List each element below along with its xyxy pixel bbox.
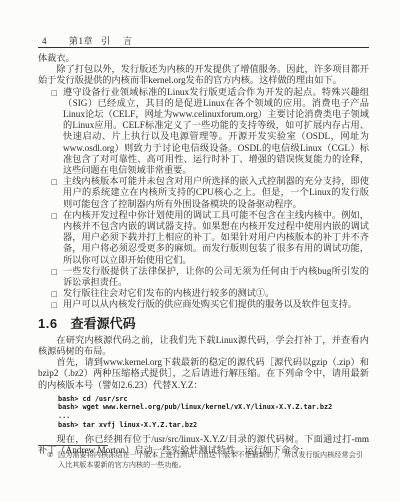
page-body: 体裁衣。 除了打包以外，发行版还为内核的开发提供了增值服务。因此，许多项目都开始… bbox=[38, 53, 369, 457]
code-line: bash> cd /usr/src bbox=[58, 395, 369, 404]
chapter-title: 引 言 bbox=[101, 36, 134, 46]
book-page: 4第1章引 言 体裁衣。 除了打包以外，发行版还为内核的开发提供了增值服务。因此… bbox=[0, 0, 400, 502]
shell-code-block: bash> cd /usr/srcbash> wget www.kernel.o… bbox=[58, 395, 369, 429]
list-item: □用户可以从内核发行版的供应商处购买它们提供的服务以及软件包支持。 bbox=[38, 299, 369, 310]
footnote: ①因为需要将内核冻结在一个版本上进行测试（而这个版本不是最新的），所以发行版内核… bbox=[47, 451, 363, 470]
code-line: bash> wget www.kernel.org/pub/linux/kern… bbox=[58, 403, 369, 412]
list-item-text: 遵守设备行业领域标准的Linux发行版更适合作为开发的起点。特殊兴趣组（SIG）… bbox=[63, 87, 369, 175]
chapter-label: 第1章 bbox=[69, 36, 93, 46]
paragraph-intro: 除了打包以外，发行版还为内核的开发提供了增值服务。因此，许多项目都开始于发行版提… bbox=[38, 64, 369, 86]
list-item: □主线内核版本可能并未包含对用户所选择的嵌入式控制器的充分支持，即使用户的系统建… bbox=[38, 176, 369, 210]
list-item-text: 在内核开发过程中你计划使用的调试工具可能不包含在主线内核中。例如，内核并不包含内… bbox=[63, 210, 369, 265]
bullet-list: □遵守设备行业领域标准的Linux发行版更适合作为开发的起点。特殊兴趣组（SIG… bbox=[38, 87, 369, 311]
list-item: □发行版往往会对它们发布的内核进行较多的测试①。 bbox=[38, 288, 369, 299]
list-item: □一些发行版提供了法律保护，让你的公司无须为任何由于内核bug所引发的诉讼承担责… bbox=[38, 266, 369, 288]
list-item-text: 一些发行版提供了法律保护，让你的公司无须为任何由于内核bug所引发的诉讼承担责任… bbox=[63, 266, 369, 287]
code-line: bash> tar xvfj linux-X.Y.Z.tar.bz2 bbox=[58, 421, 369, 430]
list-item-text: 发行版往往会对它们发布的内核进行较多的测试①。 bbox=[63, 288, 274, 298]
footnote-marker: ① bbox=[47, 451, 53, 461]
section-title: 查看源代码 bbox=[71, 316, 136, 331]
paragraph-continuation: 体裁衣。 bbox=[38, 53, 369, 64]
footnote-text: 因为需要将内核冻结在一个版本上进行测试（而这个版本不是最新的），所以发行版内核经… bbox=[58, 451, 363, 469]
square-bullet-icon: □ bbox=[51, 211, 58, 221]
header-rule bbox=[38, 47, 369, 48]
square-bullet-icon: □ bbox=[51, 300, 58, 310]
square-bullet-icon: □ bbox=[51, 267, 58, 277]
section-heading: 1.6查看源代码 bbox=[38, 318, 369, 329]
list-item-text: 主线内核版本可能并未包含对用户所选择的嵌入式控制器的充分支持，即使用户的系统建立… bbox=[63, 176, 369, 208]
section-number: 1.6 bbox=[38, 316, 58, 331]
running-head: 4第1章引 言 bbox=[42, 36, 369, 46]
list-item: □遵守设备行业领域标准的Linux发行版更适合作为开发的起点。特殊兴趣组（SIG… bbox=[38, 87, 369, 177]
footnote-rule bbox=[38, 445, 108, 446]
list-item: □在内核开发过程中你计划使用的调试工具可能不包含在主线内核中。例如，内核并不包含… bbox=[38, 210, 369, 266]
footnote-body: ①因为需要将内核冻结在一个版本上进行测试（而这个版本不是最新的），所以发行版内核… bbox=[47, 451, 363, 470]
page-number: 4 bbox=[42, 36, 47, 46]
square-bullet-icon: □ bbox=[51, 289, 58, 299]
list-item-text: 用户可以从内核发行版的供应商处购买它们提供的服务以及软件包支持。 bbox=[63, 299, 357, 309]
paragraph-download: 首先，请到www.kernel.org下载最新的稳定的源代码［源代码以gzip（… bbox=[38, 357, 369, 391]
square-bullet-icon: □ bbox=[51, 88, 58, 98]
paragraph-view-source: 在研究内核源代码之前，让我们先下载Linux源代码，学会打补丁，并查看内核源码树… bbox=[38, 335, 369, 357]
code-line: ... bbox=[58, 412, 369, 421]
square-bullet-icon: □ bbox=[51, 177, 58, 187]
